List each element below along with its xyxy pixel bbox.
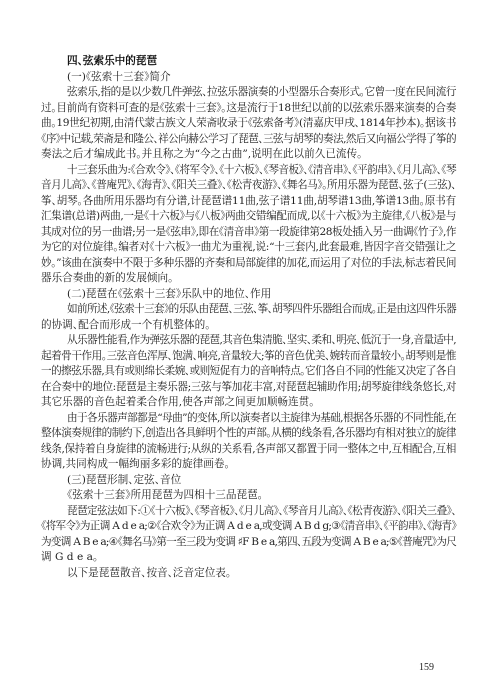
paragraph: 从乐器性能看,作为弹弦乐器的琵琶,其音色集清脆、坚实、柔和、明亮、低沉于一身,音… — [41, 333, 456, 411]
text-line: 为它的对位旋律。编者对《十六板》一曲尤为重视,说:“十三套内,此套最难,皆因字音… — [41, 240, 456, 256]
text-line: 从乐器性能看,作为弹弦乐器的琵琶,其音色集清脆、坚实、柔和、明亮、低沉于一身,音… — [41, 333, 456, 349]
text-line: 线条,保持着自身旋律的流畅进行;从纵的关系看,各声部又都置于同一整体之中,互相配… — [41, 442, 456, 458]
text-line: 音月儿高》、《普庵咒》、《海青》、《阳关三叠》、《松青夜游》、《舞名马》。所用乐… — [41, 178, 456, 194]
text-line: 由于各乐器声部都是“母曲”的变体,所以演奏者以主旋律为基础,根据各乐器的不同性能… — [41, 411, 456, 427]
text-line: 弦索乐,指的是以少数几件弹弦、拉弦乐器演奏的小型器乐合奏形式。它曾一度在民间流行 — [41, 85, 456, 101]
paragraph: 如前所述,《弦索十三套》的乐队由琵琶、三弦、筝、胡琴四件乐器组合而成。正是由这四… — [41, 302, 456, 333]
text-line: 琵琶定弦法如下:①《十六板》、《琴音板》、《月儿高》、《琴音月儿高》、《松青夜游… — [41, 504, 456, 520]
text-line: 筝、胡琴。各曲所用乐器均有分谱,计琵琶谱11曲,弦子谱11曲,胡琴谱13曲,筝谱… — [41, 194, 456, 210]
text-line: 《序》中记载,荣斋是和隆公、祥公向赫公学习了琵琶、三弦与胡琴的奏法,然后又向福公… — [41, 132, 456, 148]
text-line: 在合奏中的地位:琵琶是主奏乐器;三弦与筝加花丰富,对琵琶起辅助作用;胡琴旋律线条… — [41, 380, 456, 396]
text-line: 器乐合奏曲的新的发展倾向。 — [41, 271, 456, 287]
text-line: 十三套乐曲为:《合欢令》、《将军令》、《十六板》、《琴音板》、《清音串》、《平韵… — [41, 163, 456, 179]
text-line: 调 G d e a。 — [41, 550, 456, 566]
text-line: 起着骨干作用。三弦音色浑厚、饱满、响亮,音量较大;筝的音色优美、婉转而音量较小。… — [41, 349, 456, 365]
text-line: 的协调、配合而形成一个有机整体的。 — [41, 318, 456, 334]
paragraph: 以下是琵琶散音、按音、泛音定位表。 — [41, 566, 456, 582]
text-line: 《弦索十三套》所用琵琶为四相十三品琵琶。 — [41, 488, 456, 504]
subsection-heading: (三)琵琶形制、定弦、音位 — [41, 473, 456, 489]
paragraph: 琵琶定弦法如下:①《十六板》、《琴音板》、《月儿高》、《琴音月儿高》、《松青夜游… — [41, 504, 456, 566]
section-heading: 四、弦索乐中的琵琶 — [41, 54, 456, 70]
subsection-heading: (二)琵琶在《弦索十三套》乐队中的地位、作用 — [41, 287, 456, 303]
text-line: 其它乐器的音色起着柔合作用,使各声部之间更加顺畅连贯。 — [41, 395, 456, 411]
text-line: 一的擦弦乐器,具有或则绵长柔婉、或则短促有力的音响特点。它们各自不同的性能又决定… — [41, 364, 456, 380]
text-line: 《将军令》为正调 A d e a;②《合欢令》为正调 A d e a,或变调 A… — [41, 519, 456, 535]
text-line: 如前所述,《弦索十三套》的乐队由琵琶、三弦、筝、胡琴四件乐器组合而成。正是由这四… — [41, 302, 456, 318]
text-line: 其成对位的另一曲谱;另一是《弦串》,即在《清音串》第一段旋律第28板处插入另一曲… — [41, 225, 456, 241]
paragraph: 弦索乐,指的是以少数几件弹弦、拉弦乐器演奏的小型器乐合奏形式。它曾一度在民间流行… — [41, 85, 456, 163]
text-line: 汇集谱(总谱)两曲,一是《十六板》与《八板》两曲交错编配而成,以《十六板》为主旋… — [41, 209, 456, 225]
text-line: 妙。”该曲在演奏中不限于多种乐器的齐奏和局部旋律的加花,而运用了对位的手法,标志… — [41, 256, 456, 272]
subsection-heading: (一)《弦索十三套》简介 — [41, 70, 456, 86]
text-line: 整体演奏规律的制约下,创造出各具鲜明个性的声部。从横的线条看,各乐器均有相对独立… — [41, 426, 456, 442]
page-body: 四、弦索乐中的琵琶 (一)《弦索十三套》简介 弦索乐,指的是以少数几件弹弦、拉弦… — [41, 54, 456, 581]
text-line: 为变调 A B e a;④《舞名马》第一至三段为变调 ♯F B e a,第四、五… — [41, 535, 456, 551]
page-number: 159 — [419, 662, 434, 674]
paragraph: 十三套乐曲为:《合欢令》、《将军令》、《十六板》、《琴音板》、《清音串》、《平韵… — [41, 163, 456, 287]
text-line: 过。目前尚有资料可查的是《弦索十三套》。这是流行于18世纪以前的以弦索乐器来演奏… — [41, 101, 456, 117]
paragraph: 由于各乐器声部都是“母曲”的变体,所以演奏者以主旋律为基础,根据各乐器的不同性能… — [41, 411, 456, 473]
text-line: 曲。19世纪初期,由清代蒙古族文人荣斋收录于《弦索备考》(清嘉庆甲戌、1814年… — [41, 116, 456, 132]
text-line: 协调,共同构成一幅绚丽多彩的旋律画卷。 — [41, 457, 456, 473]
text-line: 以下是琵琶散音、按音、泛音定位表。 — [41, 566, 456, 582]
text-line: 奏法之后才编成此书。并且称之为“今之古曲”,说明在此以前久已流传。 — [41, 147, 456, 163]
book-page: 四、弦索乐中的琵琶 (一)《弦索十三套》简介 弦索乐,指的是以少数几件弹弦、拉弦… — [0, 0, 481, 690]
paragraph: 《弦索十三套》所用琵琶为四相十三品琵琶。 — [41, 488, 456, 504]
